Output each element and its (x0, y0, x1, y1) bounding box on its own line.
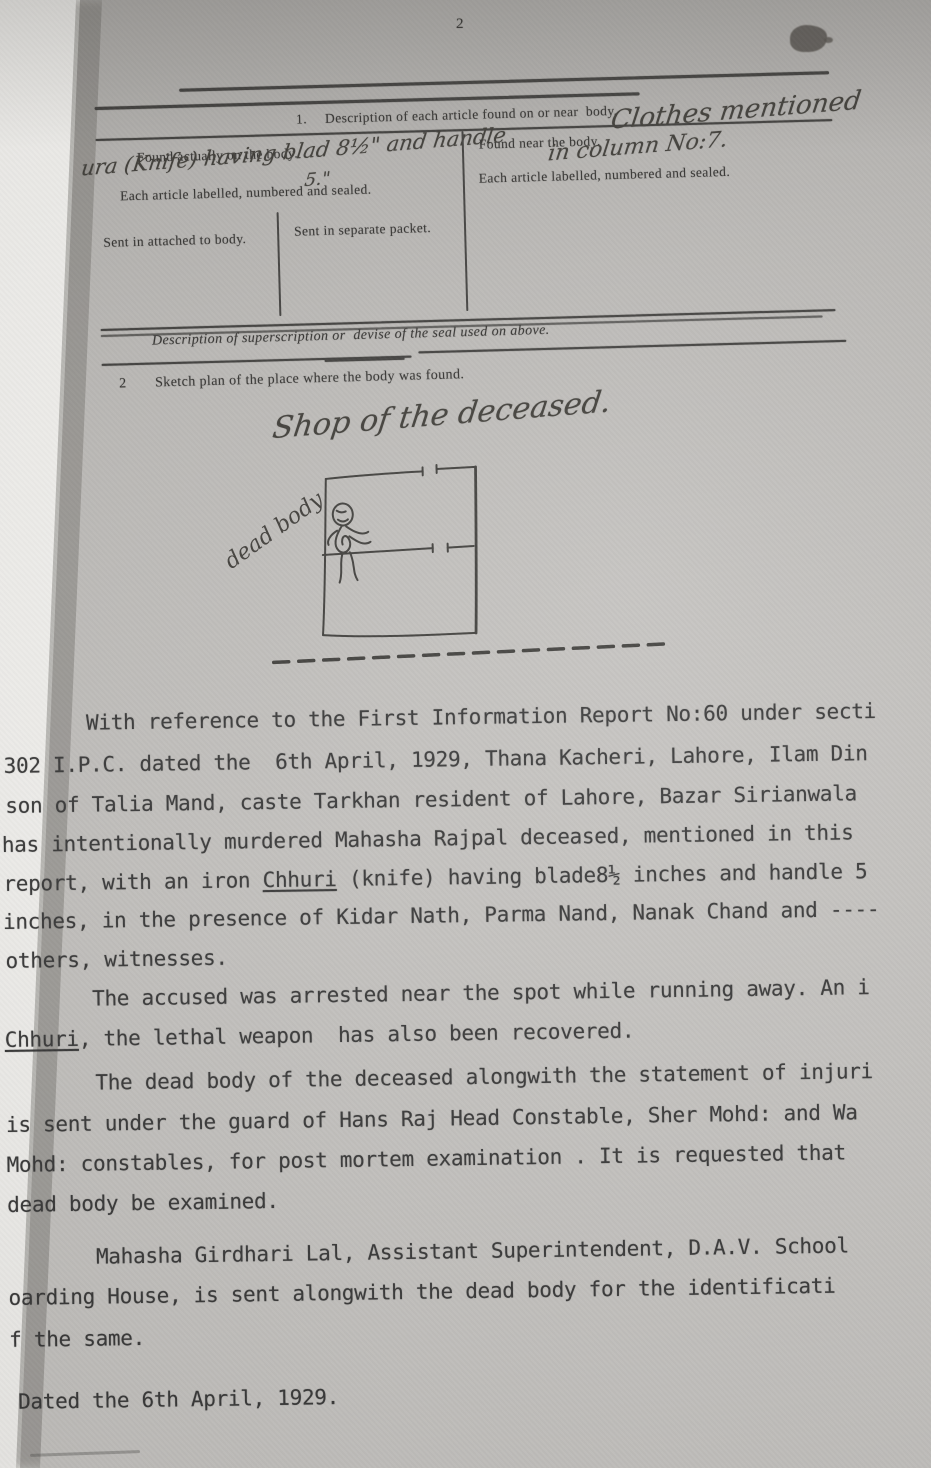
line-text: (knife) having blade8½ inches and handle… (336, 859, 867, 891)
report-line: With reference to the First Information … (86, 699, 876, 735)
line-text: report, with an iron (3, 868, 263, 896)
report-line: inches, in the presence of Kidar Nath, P… (3, 897, 880, 934)
report-line: 302 I.P.C. dated the 6th April, 1929, Th… (4, 741, 868, 778)
report-line: The accused was arrested near the spot w… (92, 975, 870, 1011)
report-line: The dead body of the deceased alongwith … (95, 1059, 873, 1095)
underlined-word: Chhuri (262, 867, 336, 892)
report-line: Mohd: constables, for post mortem examin… (6, 1141, 846, 1177)
report-line: oarding House, is sent alongwith the dea… (8, 1274, 835, 1310)
report-line: dead body be examined. (7, 1189, 279, 1217)
report-line: others, witnesses. (5, 946, 228, 973)
scanned-police-report-page: 2 1. Description of each article found o… (0, 0, 931, 1468)
report-line: f the same. (9, 1326, 145, 1352)
report-line: Mahasha Girdhari Lal, Assistant Superint… (96, 1233, 849, 1268)
underlined-word: Chhuri (5, 1027, 79, 1052)
typed-report-body: With reference to the First Information … (0, 0, 931, 1468)
report-line-dated: Dated the 6th April, 1929. (18, 1385, 339, 1414)
line-text: , the lethal weapon has also been recove… (79, 1019, 635, 1051)
report-line: son of Talia Mand, caste Tarkhan residen… (5, 781, 857, 818)
report-line: Chhuri, the lethal weapon has also been … (5, 1019, 635, 1052)
report-line: has intentionally murdered Mahasha Rajpa… (2, 820, 854, 857)
report-line: is sent under the guard of Hans Raj Head… (6, 1100, 858, 1137)
report-line: report, with an iron Chhuri (knife) havi… (3, 859, 867, 896)
